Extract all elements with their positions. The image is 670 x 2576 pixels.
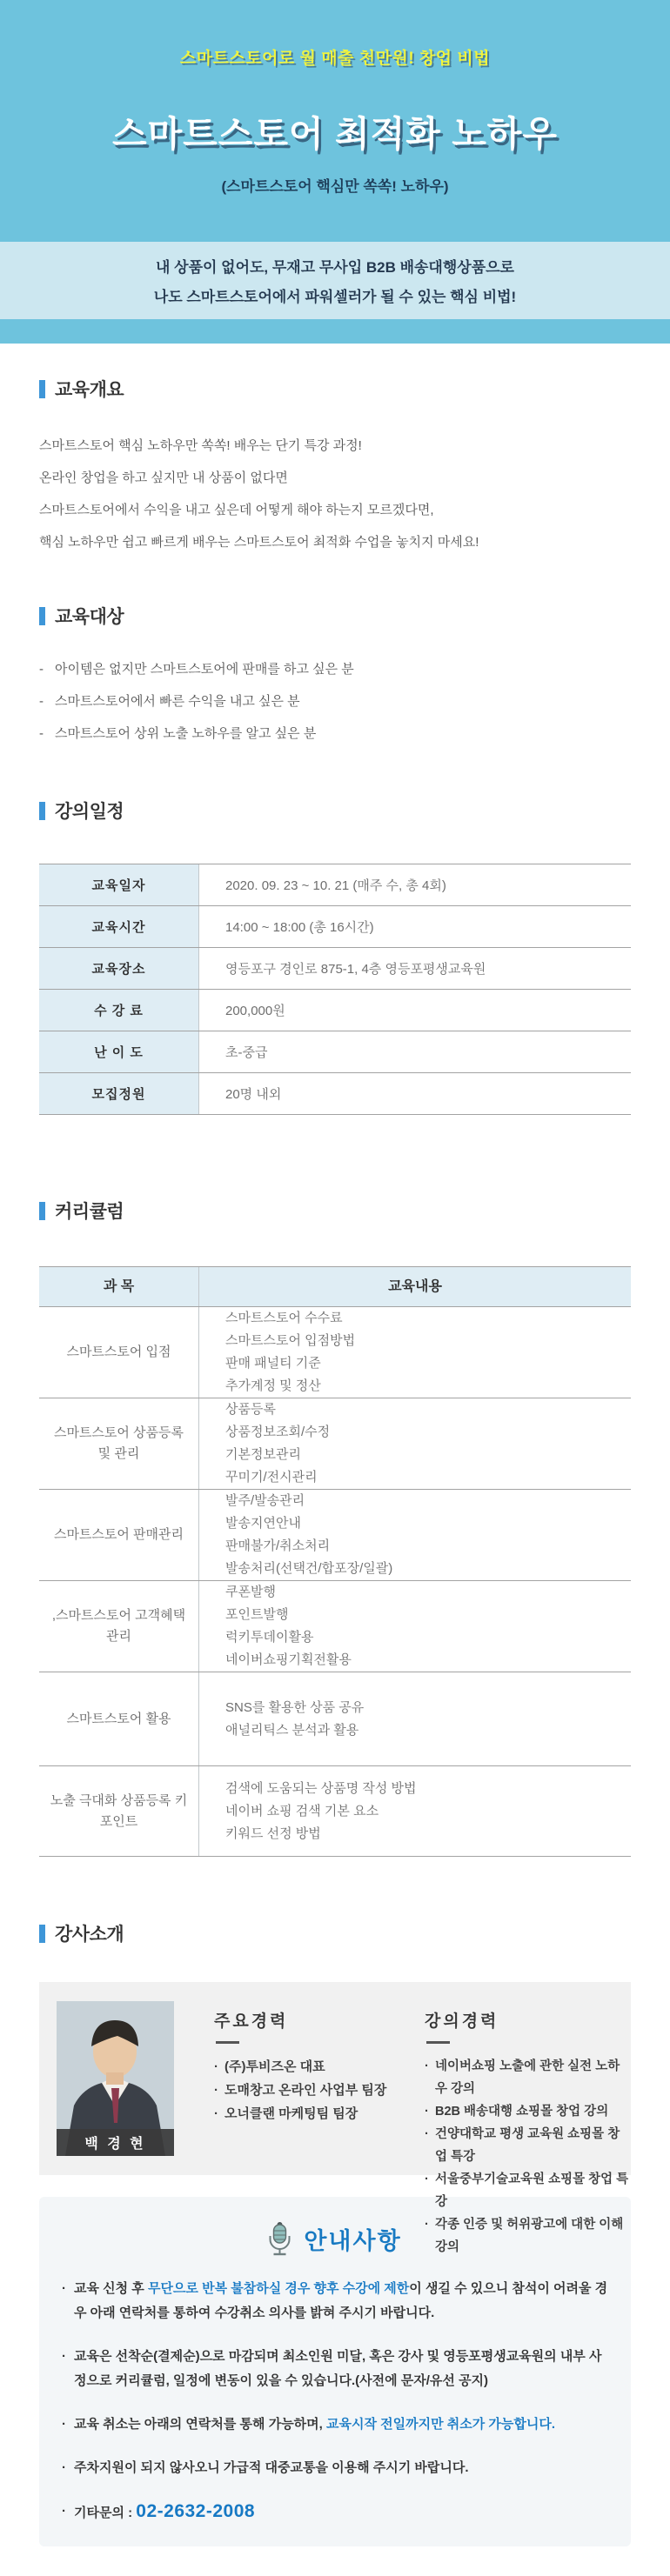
- curriculum-row: 스마트스토어 입점스마트스토어 수수료 스마트스토어 입점방법 판매 패널티 기…: [39, 1307, 631, 1398]
- career-column: 주요경력 ·(주)투비즈온 대표 ·도매창고 온라인 사업부 팀장 ·오너클랜 …: [214, 2001, 404, 2175]
- notice-title: 안내사항: [304, 2222, 401, 2256]
- dot-bullet: ·: [62, 2456, 74, 2480]
- section-heading-overview: 교육개요: [39, 376, 631, 402]
- dot-bullet: ·: [214, 2079, 224, 2102]
- banner-subtitle: (스마트스토어 핵심만 쏙쏙! 노하우): [221, 174, 448, 196]
- schedule-value: 14:00 ~ 18:00 (총 16시간): [199, 906, 631, 947]
- dot-bullet: ·: [425, 2123, 435, 2168]
- section-heading-instructor: 강사소개: [39, 1920, 631, 1946]
- lecture-item: ·서울중부기술교육원 쇼핑몰 창업 특강: [425, 2168, 631, 2213]
- title-dash: [216, 2041, 239, 2044]
- heading-accent-bar: [39, 1925, 45, 1943]
- dot-bullet: ·: [62, 2345, 74, 2393]
- highlighted-text: 교육시작 전일까지만 취소가 가능합니다.: [326, 2417, 555, 2432]
- dash-bullet: -: [39, 685, 55, 717]
- curriculum-header-content: 교육내용: [199, 1267, 631, 1306]
- curriculum-row: 노출 극대화 상품등록 키 포인트검색에 도움되는 상품명 작성 방법 네이버 …: [39, 1766, 631, 1857]
- schedule-table: 교육일자2020. 09. 23 ~ 10. 21 (매주 수, 총 4회) 교…: [39, 864, 631, 1115]
- schedule-row: 수 강 료200,000원: [39, 990, 631, 1031]
- dot-bullet: ·: [425, 2168, 435, 2213]
- schedule-value: 200,000원: [199, 990, 631, 1031]
- lecture-item: ·B2B 배송대행 쇼핑몰 창업 강의: [425, 2100, 631, 2123]
- overview-line: 핵심 노하우만 쉽고 빠르게 배우는 스마트스토어 최적화 수업을 놓치지 마세…: [39, 526, 631, 558]
- dash-bullet: -: [39, 653, 55, 685]
- hero-subband: 내 상품이 없어도, 무재고 무사입 B2B 배송대행상품으로 나도 스마트스토…: [0, 242, 670, 319]
- target-item: -스마트스토어 상위 노출 노하우를 알고 싶은 분: [39, 717, 631, 750]
- target-item: -아이템은 없지만 스마트스토어에 판매를 하고 싶은 분: [39, 653, 631, 685]
- overview-line: 온라인 창업을 하고 싶지만 내 상품이 없다면: [39, 462, 631, 494]
- career-item: ·오너클랜 마케팅팀 팀장: [214, 2102, 404, 2126]
- lecture-title: 강의경력: [425, 2008, 631, 2032]
- page-title: 스마트스토어 최적화 노하우: [112, 105, 558, 157]
- curriculum-subject: 스마트스토어 상품등록 및 관리: [39, 1398, 199, 1489]
- section-title-target: 교육대상: [55, 603, 124, 629]
- schedule-value: 영등포구 경인로 875-1, 4층 영등포평생교육원: [199, 948, 631, 989]
- schedule-value: 2020. 09. 23 ~ 10. 21 (매주 수, 총 4회): [199, 864, 631, 905]
- section-title-curriculum: 커리큘럼: [55, 1198, 124, 1224]
- heading-accent-bar: [39, 380, 45, 398]
- heading-accent-bar: [39, 802, 45, 820]
- section-title-overview: 교육개요: [55, 376, 124, 402]
- highlighted-text: 무단으로 반복 불참하실 경우 향후 수강에 제한: [148, 2281, 409, 2296]
- curriculum-subject: 스마트스토어 판매관리: [39, 1490, 199, 1580]
- curriculum-subject: 스마트스토어 활용: [39, 1672, 199, 1765]
- lecture-item: ·네이버쇼핑 노출에 관한 실전 노하우 강의: [425, 2055, 631, 2100]
- heading-accent-bar: [39, 1202, 45, 1220]
- curriculum-table: 과 목 교육내용 스마트스토어 입점스마트스토어 수수료 스마트스토어 입점방법…: [39, 1266, 631, 1857]
- schedule-label: 교육시간: [39, 906, 199, 947]
- curriculum-row: 스마트스토어 활용SNS를 활용한 상품 공유 애널리틱스 분석과 활용: [39, 1672, 631, 1766]
- band-line-1: 내 상품이 없어도, 무재고 무사입 B2B 배송대행상품으로: [156, 255, 514, 277]
- notice-item: · 교육 신청 후 무단으로 반복 불참하실 경우 향후 수강에 제한이 생길 …: [62, 2277, 608, 2326]
- curriculum-subject: ,스마트스토어 고객혜택 관리: [39, 1581, 199, 1672]
- target-item: -스마트스토어에서 빠른 수익을 내고 싶은 분: [39, 685, 631, 717]
- banner-bottom-strip: [0, 319, 670, 344]
- curriculum-header-row: 과 목 교육내용: [39, 1267, 631, 1307]
- lecture-item: ·각종 인증 및 허위광고에 대한 이해 강의: [425, 2213, 631, 2259]
- notice-item: · 교육 취소는 아래의 연락처를 통해 가능하며, 교육시작 전일까지만 취소…: [62, 2412, 608, 2437]
- section-heading-schedule: 강의일정: [39, 797, 631, 824]
- dot-bullet: ·: [214, 2102, 224, 2126]
- schedule-value: 초-중급: [199, 1031, 631, 1072]
- lecture-column: 강의경력 ·네이버쇼핑 노출에 관한 실전 노하우 강의 ·B2B 배송대행 쇼…: [425, 2001, 631, 2175]
- curriculum-content: 상품등록 상품정보조회/수정 기본정보관리 꾸미기/전시관리: [199, 1398, 631, 1489]
- curriculum-content: 검색에 도움되는 상품명 작성 방법 네이버 쇼핑 검색 기본 요소 키워드 선…: [199, 1766, 631, 1856]
- dot-bullet: ·: [62, 2412, 74, 2437]
- career-title: 주요경력: [214, 2008, 404, 2032]
- schedule-label: 수 강 료: [39, 990, 199, 1031]
- schedule-label: 교육장소: [39, 948, 199, 989]
- curriculum-row: 스마트스토어 판매관리발주/발송관리 발송지연안내 판매불가/취소처리 발송처리…: [39, 1490, 631, 1581]
- dot-bullet: ·: [62, 2277, 74, 2326]
- dash-bullet: -: [39, 717, 55, 750]
- curriculum-row: 스마트스토어 상품등록 및 관리상품등록 상품정보조회/수정 기본정보관리 꾸미…: [39, 1398, 631, 1490]
- target-list: -아이템은 없지만 스마트스토어에 판매를 하고 싶은 분 -스마트스토어에서 …: [39, 653, 631, 750]
- schedule-row: 난 이 도초-중급: [39, 1031, 631, 1073]
- curriculum-subject: 스마트스토어 입점: [39, 1307, 199, 1398]
- dot-bullet: ·: [425, 2100, 435, 2123]
- schedule-label: 모집정원: [39, 1073, 199, 1114]
- instructor-card: 백 경 현 주요경력 ·(주)투비즈온 대표 ·도매창고 온라인 사업부 팀장 …: [39, 1982, 631, 2175]
- career-item: ·도매창고 온라인 사업부 팀장: [214, 2079, 404, 2102]
- instructor-photo: 백 경 현: [57, 2001, 174, 2156]
- dot-bullet: ·: [425, 2213, 435, 2259]
- curriculum-row: ,스마트스토어 고객혜택 관리쿠폰발행 포인트발행 럭키투데이활용 네이버쇼핑기…: [39, 1581, 631, 1672]
- dot-bullet: ·: [214, 2055, 224, 2079]
- hero-banner: 스마트스토어로 월 매출 천만원! 창업 비법 스마트스토어 최적화 노하우 (…: [0, 0, 670, 242]
- title-dash: [426, 2041, 450, 2044]
- curriculum-content: 스마트스토어 수수료 스마트스토어 입점방법 판매 패널티 기준 추가계정 및 …: [199, 1307, 631, 1398]
- banner-tagline: 스마트스토어로 월 매출 천만원! 창업 비법: [180, 45, 490, 69]
- schedule-label: 교육일자: [39, 864, 199, 905]
- notice-item: · 주차지원이 되지 않사오니 가급적 대중교통을 이용해 주시기 바랍니다.: [62, 2456, 608, 2480]
- curriculum-content: SNS를 활용한 상품 공유 애널리틱스 분석과 활용: [199, 1672, 631, 1765]
- curriculum-content: 쿠폰발행 포인트발행 럭키투데이활용 네이버쇼핑기획전활용: [199, 1581, 631, 1672]
- schedule-value: 20명 내외: [199, 1073, 631, 1114]
- overview-line: 스마트스토어에서 수익을 내고 싶은데 어떻게 해야 하는지 모르겠다면,: [39, 494, 631, 526]
- section-heading-curriculum: 커리큘럼: [39, 1198, 631, 1224]
- section-title-instructor: 강사소개: [55, 1920, 124, 1946]
- curriculum-content: 발주/발송관리 발송지연안내 판매불가/취소처리 발송처리(선택건/합포장/일괄…: [199, 1490, 631, 1580]
- heading-accent-bar: [39, 607, 45, 625]
- schedule-label: 난 이 도: [39, 1031, 199, 1072]
- curriculum-header-subject: 과 목: [39, 1267, 199, 1306]
- schedule-row: 교육일자2020. 09. 23 ~ 10. 21 (매주 수, 총 4회): [39, 864, 631, 906]
- section-heading-target: 교육대상: [39, 603, 631, 629]
- contact-phone-number: 02-2632-2008: [136, 2501, 255, 2521]
- overview-paragraph: 스마트스토어 핵심 노하우만 쏙쏙! 배우는 단기 특강 과정! 온라인 창업을…: [39, 430, 631, 558]
- schedule-row: 모집정원20명 내외: [39, 1073, 631, 1115]
- bottom-spacer: [39, 2546, 631, 2576]
- schedule-row: 교육시간14:00 ~ 18:00 (총 16시간): [39, 906, 631, 948]
- band-line-2: 나도 스마트스토어에서 파워셀러가 될 수 있는 핵심 비법!: [154, 284, 516, 306]
- schedule-row: 교육장소영등포구 경인로 875-1, 4층 영등포평생교육원: [39, 948, 631, 990]
- curriculum-subject: 노출 극대화 상품등록 키 포인트: [39, 1766, 199, 1856]
- dot-bullet: ·: [62, 2499, 74, 2526]
- section-title-schedule: 강의일정: [55, 797, 124, 824]
- career-item: ·(주)투비즈온 대표: [214, 2055, 404, 2079]
- microphone-icon: [268, 2221, 291, 2256]
- dot-bullet: ·: [425, 2055, 435, 2100]
- overview-line: 스마트스토어 핵심 노하우만 쏙쏙! 배우는 단기 특강 과정!: [39, 430, 631, 462]
- notice-item-contact: · 기타문의 : 02-2632-2008: [62, 2499, 608, 2526]
- lecture-item: ·건양대학교 평생 교육원 쇼핑몰 창업 특강: [425, 2123, 631, 2168]
- notice-item: · 교육은 선착순(결제순)으로 마감되며 최소인원 미달, 혹은 강사 및 영…: [62, 2345, 608, 2393]
- instructor-name: 백 경 현: [57, 2129, 174, 2156]
